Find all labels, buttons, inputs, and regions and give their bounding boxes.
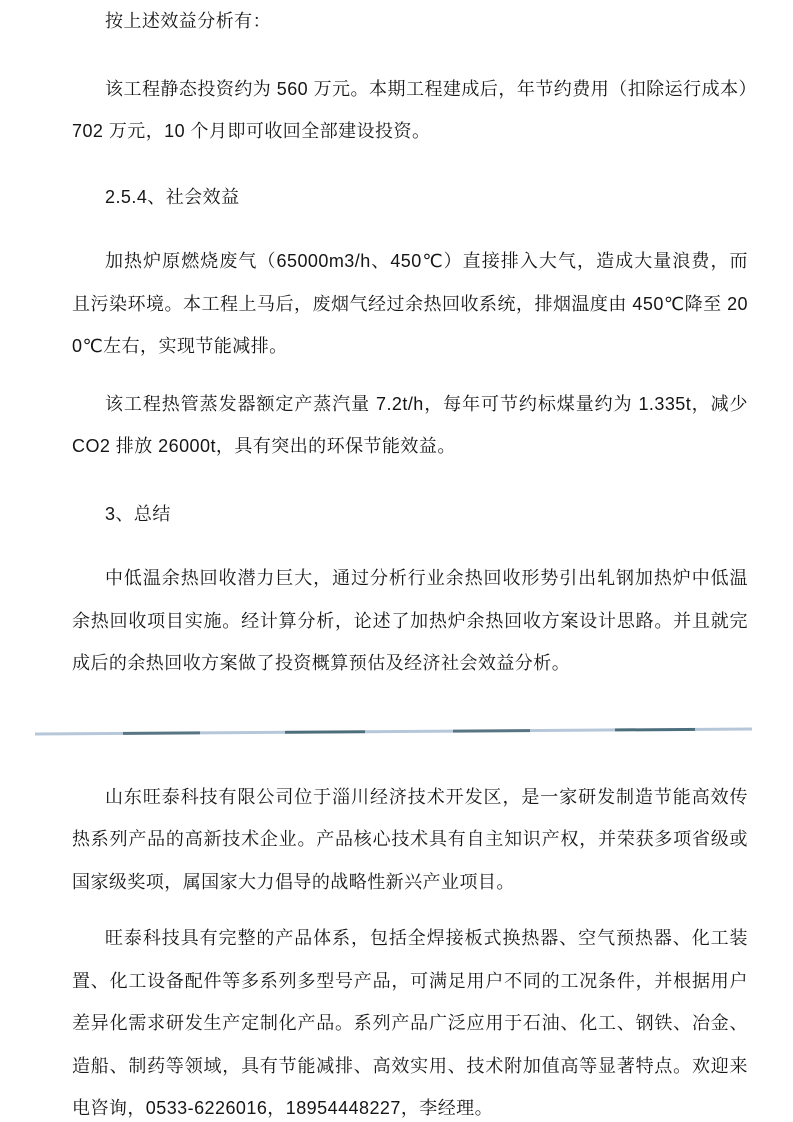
section-divider-line: [35, 727, 752, 735]
heading-social-benefit: 2.5.4、社会效益: [72, 176, 748, 219]
heading-summary: 3、总结: [72, 493, 748, 536]
paragraph-product-lineup-contact: 旺泰科技具有完整的产品体系，包括全焊接板式换热器、空气预热器、化工装置、化工设备…: [72, 917, 748, 1122]
paragraph-investment-payback: 该工程静态投资约为 560 万元。本期工程建成后，年节约费用（扣除运行成本）70…: [72, 68, 748, 153]
document-content: 按上述效益分析有： 该工程静态投资约为 560 万元。本期工程建成后，年节约费用…: [72, 0, 748, 1122]
paragraph-summary-body: 中低温余热回收潜力巨大，通过分析行业余热回收形势引出轧钢加热炉中低温余热回收项目…: [72, 557, 748, 685]
paragraph-benefit-intro: 按上述效益分析有：: [72, 0, 748, 43]
paragraph-flue-gas-recovery: 加热炉原燃烧废气（65000m3/h、450℃）直接排入大气，造成大量浪费，而且…: [72, 240, 748, 368]
paragraph-company-intro: 山东旺泰科技有限公司位于淄川经济技术开发区，是一家研发制造节能高效传热系列产品的…: [72, 776, 748, 904]
document-page: 按上述效益分析有： 该工程静态投资约为 560 万元。本期工程建成后，年节约费用…: [0, 0, 793, 1122]
paragraph-emission-reduction: 该工程热管蒸发器额定产蒸汽量 7.2t/h，每年可节约标煤量约为 1.335t，…: [72, 383, 748, 468]
